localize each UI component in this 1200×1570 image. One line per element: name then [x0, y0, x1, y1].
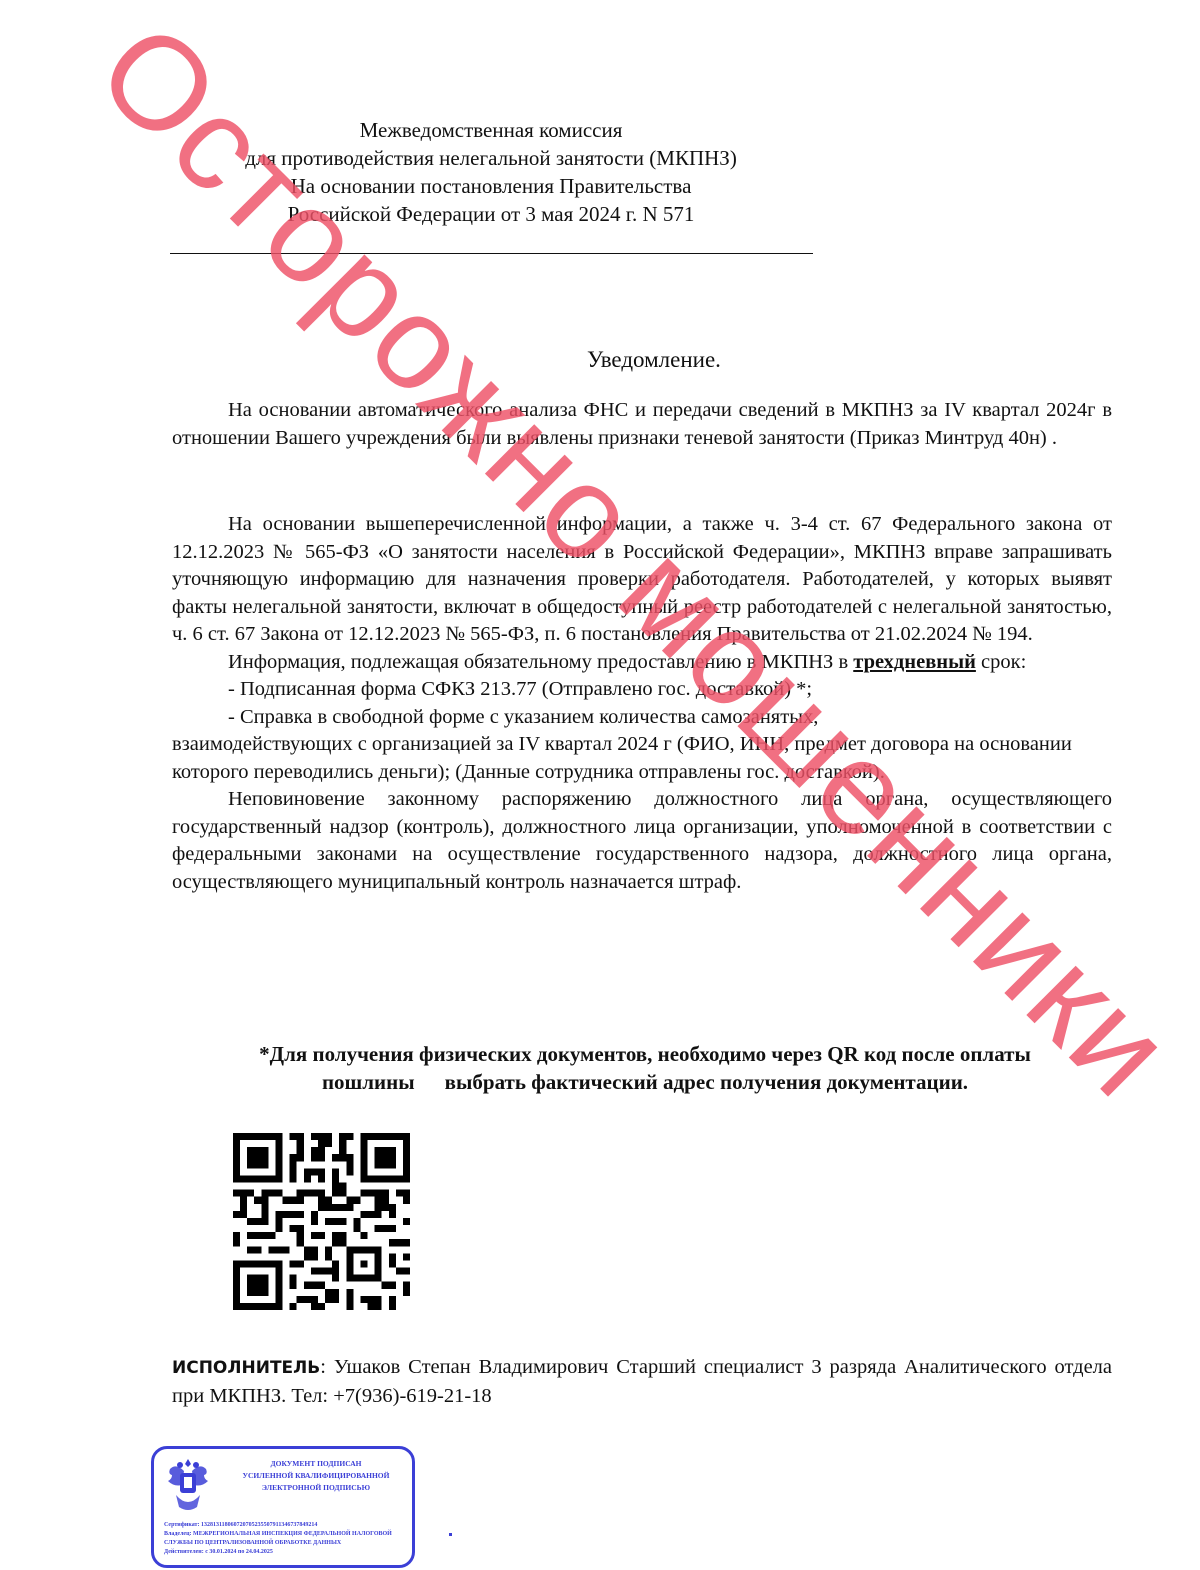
stamp-title: ДОКУМЕНТ ПОДПИСАН УСИЛЕННОЙ КВАЛИФИЦИРОВ… — [226, 1458, 406, 1494]
executor-label: ИСПОЛНИТЕЛЬ — [172, 1358, 320, 1378]
header-line: для противодействия нелегальной занятост… — [170, 144, 812, 172]
paragraph-findings: На основании автоматического анализа ФНС… — [172, 397, 1112, 452]
paragraph-penalty: Неповиновение законному распоряжению дол… — [172, 786, 1112, 896]
header-divider — [170, 253, 813, 254]
document-title: Уведомление. — [587, 347, 721, 373]
stamp-details: Сертификат: 1328131180607207052355079113… — [164, 1521, 404, 1557]
paragraph-legal-basis: На основании вышеперечисленной информаци… — [172, 511, 1112, 896]
qr-notice: *Для получения физических документов, не… — [180, 1040, 1110, 1096]
stamp-validity: Действителен: с 30.01.2024 по 24.04.2025 — [164, 1548, 404, 1557]
stray-mark — [449, 1533, 452, 1536]
executor-block: ИСПОЛНИТЕЛЬ: Ушаков Степан Владимирович … — [172, 1353, 1112, 1410]
stamp-owner: Владелец: МЕЖРЕГИОНАЛЬНАЯ ИНСПЕКЦИЯ ФЕДЕ… — [164, 1530, 404, 1548]
digital-signature-stamp: ДОКУМЕНТ ПОДПИСАН УСИЛЕННОЙ КВАЛИФИЦИРОВ… — [151, 1446, 415, 1568]
deadline-emphasis: трехдневный — [853, 651, 976, 673]
header-line: На основании постановления Правительства — [170, 172, 812, 200]
paragraph-required-info: Информация, подлежащая обязательному пре… — [172, 649, 1112, 677]
list-item: - Справка в свободной форме с указанием … — [172, 704, 1112, 787]
coat-of-arms-icon — [162, 1455, 214, 1513]
header-line: Межведомственная комиссия — [170, 116, 812, 144]
list-item: - Подписанная форма СФКЗ 213.77 (Отправл… — [172, 676, 1112, 704]
header-line: Российской Федерации от 3 мая 2024 г. N … — [170, 200, 812, 228]
document-header: Межведомственная комиссия для противодей… — [170, 116, 812, 228]
document-page: Межведомственная комиссия для противодей… — [0, 0, 1200, 1570]
stamp-certificate: Сертификат: 1328131180607207052355079113… — [164, 1521, 404, 1530]
qr-code-icon[interactable] — [233, 1133, 410, 1310]
